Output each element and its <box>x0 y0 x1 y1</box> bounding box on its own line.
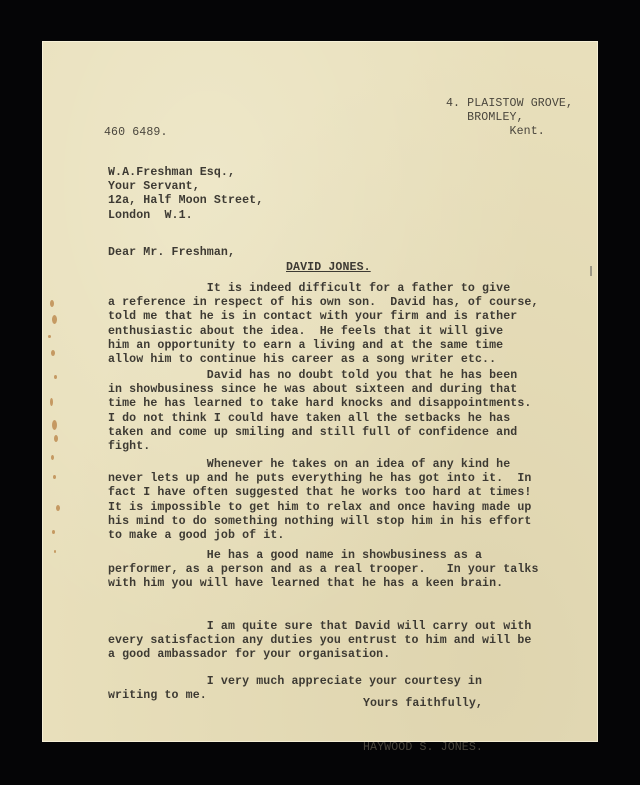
recipient-line: Your Servant, <box>108 180 200 193</box>
margin-mark <box>590 266 592 276</box>
recipient-line: London W.1. <box>108 209 193 222</box>
recipient-address: W.A.Freshman Esq., Your Servant, 12a, Ha… <box>108 166 263 223</box>
paragraph: I am quite sure that David will carry ou… <box>108 620 531 663</box>
subject-line: DAVID JONES. <box>286 261 371 275</box>
letter-page: 4. PLAISTOW GROVE, BROMLEY, Kent. 460 64… <box>42 41 598 742</box>
sender-address: 4. PLAISTOW GROVE, BROMLEY, Kent. <box>446 97 573 140</box>
salutation: Dear Mr. Freshman, <box>108 246 235 260</box>
address-line: BROMLEY, <box>446 111 524 124</box>
paragraph: Whenever he takes on an idea of any kind… <box>108 458 531 543</box>
address-line: Kent. <box>446 125 545 138</box>
paragraph: David has no doubt told you that he has … <box>108 369 531 454</box>
signature: HAYWOOD S. JONES. <box>363 741 483 755</box>
paragraph: It is indeed difficult for a father to g… <box>108 282 539 367</box>
phone-number: 460 6489. <box>104 126 168 140</box>
paragraph: He has a good name in showbusiness as a … <box>108 549 539 592</box>
address-line: 4. PLAISTOW GROVE, <box>446 97 573 110</box>
recipient-line: 12a, Half Moon Street, <box>108 194 263 207</box>
closing: Yours faithfully, <box>363 697 483 711</box>
recipient-line: W.A.Freshman Esq., <box>108 166 235 179</box>
